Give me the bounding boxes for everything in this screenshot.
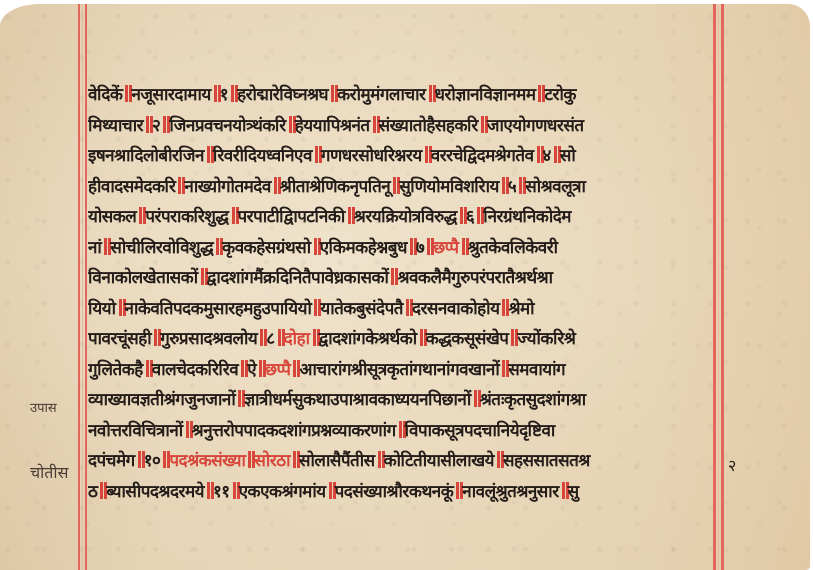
text-segment: परपाटीद्विापटनिकी [238,207,345,227]
danda-mark [146,360,149,377]
text-segment: परंपराकरिशुद्ध [145,207,228,227]
danda-mark [293,360,296,377]
manuscript-line: पावरचूंसहीगुरुप्रसादश्रवलोय८दोहाद्वादशां… [88,324,712,355]
text-segment: योसकल [88,207,136,227]
danda-mark [119,299,122,316]
manuscript-line: दपंचमेग१०पदश्रंकसंख्यासोरठासोलासैपैंतीसक… [88,446,712,477]
text-segment: इषनश्रादिलोबीरजिन [88,146,204,166]
text-segment: एकएकश्रंगमांय [239,482,326,502]
text-segment: हरोद्मारेविघ्नश्रघ [237,85,328,105]
text-segment: करोमुमंगलाचार [337,85,425,105]
danda-mark [429,85,432,102]
danda-mark [406,299,409,316]
danda-mark [497,451,500,468]
text-segment: विनाकोलखेतासकों [88,268,198,288]
manuscript-line: यियोनाकेवतिपदकमुसारहमहुउपायियोयातेकबुसंद… [88,294,712,325]
text-segment: नावलूंश्रुतश्रनुसार [462,482,558,502]
danda-mark [329,482,332,499]
text-segment: १ [220,85,228,105]
text-segment: समवायांग [508,360,565,380]
text-segment: कद्धकसूसंखेप [426,329,509,349]
danda-mark [425,146,428,163]
danda-mark [231,85,234,102]
danda-mark [186,421,189,438]
text-segment: ६ [466,207,474,227]
text-segment: कृवकहेसग्रंथसो [222,238,310,258]
manuscript-line: ठब्यासीपदश्रदरमये११एकएकश्रंगमांयपदसंख्या… [88,477,712,508]
danda-mark [537,146,540,163]
danda-mark [232,207,235,224]
danda-mark [100,482,103,499]
danda-mark [378,451,381,468]
manuscript-line: वेदिकेंनजूसारदामाय१हरोद्मारेविघ्नश्रघकरो… [88,80,712,111]
text-segment: नाख्योगोतमदेव [184,177,270,197]
text-segment: सुणियोमविशरिाय [399,177,499,197]
danda-mark [289,116,292,133]
danda-mark [410,238,413,255]
text-segment: व्याख्यावज्ञतीश्रंगजुनजानों [88,390,235,410]
text-segment: ७ [416,238,424,258]
text-segment: सूत्रकृतांगथानांगवखानों [367,360,499,380]
danda-mark [315,146,318,163]
text-segment: पदसंख्याश्रौरकथनकूं [335,482,454,502]
text-segment: श्रेमो [508,299,534,319]
danda-mark [538,85,541,102]
danda-mark [502,360,505,377]
text-segment: ऐ [247,360,256,380]
text-segment: जिनप्रवचनयोत्र्थंकरि [169,116,285,136]
danda-mark [248,451,251,468]
danda-mark [293,451,296,468]
danda-mark [125,85,128,102]
danda-mark [460,207,463,224]
manuscript-folio: वेदिकेंनजूसारदामाय१हरोद्मारेविघ्नश्रघकरो… [0,4,810,570]
text-segment: जाएयोगणधरसंत [487,116,584,136]
danda-mark [331,85,334,102]
text-segment: ८ [266,329,274,349]
text-segment: विपाकसूत्रपदचा [405,421,497,441]
text-segment: नाकेवतिपदकमुसारहमहुउपायियो [125,299,312,319]
rubric-text: दोहा [284,329,310,349]
text-segment: ज्योंकरिश्रे [517,329,575,349]
danda-mark [481,116,484,133]
danda-mark [562,482,565,499]
text-segment: गणधरसो [321,146,374,166]
danda-mark [138,451,141,468]
danda-mark [393,177,396,194]
text-segment: सोचीलिरवोविशुद्ध [110,238,213,258]
manuscript-line: विनाकोलखेतासकोंद्वादशांगमैंक्रदिनितैपावे… [88,263,712,294]
danda-mark [207,482,210,499]
folio-number: २ [728,454,736,476]
text-segment: नजूसारदामाय [131,85,210,105]
text-segment: द्वादशांगकेश्रर्थको [319,329,417,349]
danda-mark [420,329,423,346]
danda-mark [502,177,505,194]
danda-mark [207,146,210,163]
manuscript-line: योसकलपरंपराकरिशुद्धपरपाटीद्विापटनिकीश्रर… [88,202,712,233]
danda-mark [314,299,317,316]
text-segment: वेदिकें [88,85,122,105]
danda-mark [511,329,514,346]
text-segment: गुरुप्रसादश्रवलोय [160,329,257,349]
text-segment: वररचेद्विदमश्रेगतेव [431,146,534,166]
danda-mark [391,268,394,285]
danda-mark [139,207,142,224]
rubric-text: छप्पै [433,238,458,258]
text-segment: १० [144,451,161,471]
text-segment: नियेदृष्टिवा [496,421,554,441]
text-segment: यियो [88,299,116,319]
margin-note-upas: उपास [30,398,57,416]
text-segment: रिवरीदियध्वनिएव [213,146,312,166]
text-segment: दपंचमेग [88,451,135,471]
left-margin-ruling [78,4,87,570]
text-segment: हेययापिश्रनंत [295,116,370,136]
text-segment: श्रनुत्तरोपपादकदशांगप्रश्नव्याकरणांग [192,421,396,441]
danda-mark [163,116,166,133]
manuscript-line: नांसोचीलिरवोविशुद्धकृवकहेसग्रंथसोएकिमकहे… [88,233,712,264]
text-segment: यातेकबुसंदेपतै [320,299,403,319]
text-segment: श्रुतकेवलिकेवरी [468,238,558,258]
danda-mark [201,268,204,285]
danda-mark [274,177,277,194]
text-segment: श्रीताश्रेणिकनृपतिनू [280,177,390,197]
text-segment: टरोकु [544,85,575,105]
danda-mark [214,85,217,102]
margin-note-chotis: चोतीस [30,461,68,483]
danda-mark [502,299,505,316]
text-segment: धरिश्नरय [374,146,422,166]
text-segment: सहससातसतश्र [503,451,590,471]
danda-mark [163,451,166,468]
danda-mark [238,390,241,407]
danda-mark [462,238,465,255]
text-segment: ५ [508,177,516,197]
manuscript-line: मिथ्याचार२जिनप्रवचनयोत्र्थंकरिहेययापिश्र… [88,111,712,142]
text-segment: वालचेदकरिरिव [152,360,238,380]
manuscript-line: व्याख्यावज्ञतीश्रंगजुनजानोंज्ञात्रीधर्मस… [88,385,712,416]
text-segment: निरग्रंथनिकोदेम [483,207,571,227]
text-segment: सु [568,482,579,502]
manuscript-text-block: वेदिकेंनजूसारदामाय१हरोद्मारेविघ्नश्रघकरो… [88,80,712,507]
danda-mark [399,421,402,438]
danda-mark [178,177,181,194]
text-segment: धरोज्ञानविज्ञानमम [435,85,536,105]
danda-mark [474,390,477,407]
text-segment: आचारांगश्री [299,360,366,380]
danda-mark [233,482,236,499]
manuscript-line: गुलितेकहैवालचेदकरिरिवऐछप्पैआचारांगश्रीसू… [88,355,712,386]
text-segment: सोश्रवलूत्रा [525,177,585,197]
text-segment: मिथ्याचार [88,116,143,136]
rubric-text: पदश्रंकसंख्या [169,451,245,471]
text-segment: ११ [213,482,230,502]
danda-mark [216,238,219,255]
danda-mark [373,116,376,133]
text-segment: दरसनवाकोहोय [412,299,500,319]
danda-mark [348,207,351,224]
text-segment: श्रंतःकृतसुदशांगश्रा [480,390,586,410]
danda-mark [477,207,480,224]
danda-mark [259,360,262,377]
manuscript-line: नवोत्तरविचित्रानोंश्रनुत्तरोपपादकदशांगप्… [88,416,712,447]
text-segment: एकिमकहेश्नबुध [320,238,407,258]
danda-mark [519,177,522,194]
text-segment: ४ [543,146,551,166]
text-segment: ब्यासीपदश्रदरमये [106,482,204,502]
text-segment: नवोत्तरविचित्रानों [88,421,183,441]
danda-mark [260,329,263,346]
text-segment: श्ररयक्रियोत्रविरुद्ध [354,207,457,227]
text-segment: कोटितीयासीलाखये [384,451,494,471]
text-segment: पावरचूंसही [88,329,151,349]
danda-mark [154,329,157,346]
right-margin-ruling [713,4,724,570]
text-segment: संख्यातोहैसहकरि [379,116,478,136]
text-segment: नां [88,238,101,258]
text-segment: द्वादशांगमैंक्रदिनितैपावेध्रकासकों [207,268,389,288]
danda-mark [456,482,459,499]
danda-mark [554,146,557,163]
text-segment: गुलितेकहै [88,360,143,380]
text-segment: २ [152,116,160,136]
text-segment: सो [560,146,575,166]
text-segment: हीवादसमेदकरि [88,177,175,197]
manuscript-line: हीवादसमेदकरिनाख्योगोतमदेवश्रीताश्रेणिकनृ… [88,172,712,203]
danda-mark [278,329,281,346]
text-segment: श्रवकलैमैगुरुपरंपरातैश्रर्थश्रा [397,268,552,288]
rubric-text: सोरठा [254,451,290,471]
danda-mark [241,360,244,377]
danda-mark [313,329,316,346]
text-segment: सोलासैपैंतीस [299,451,375,471]
text-segment: ठ [88,482,97,502]
rubric-text: छप्पै [265,360,290,380]
text-segment: ज्ञात्रीधर्मसुकथाउपाश्रावकाध्ययनपिछानों [244,390,471,410]
danda-mark [314,238,317,255]
danda-mark [427,238,430,255]
danda-mark [104,238,107,255]
manuscript-line: इषनश्रादिलोबीरजिनरिवरीदियध्वनिएवगणधरसोधर… [88,141,712,172]
danda-mark [146,116,149,133]
